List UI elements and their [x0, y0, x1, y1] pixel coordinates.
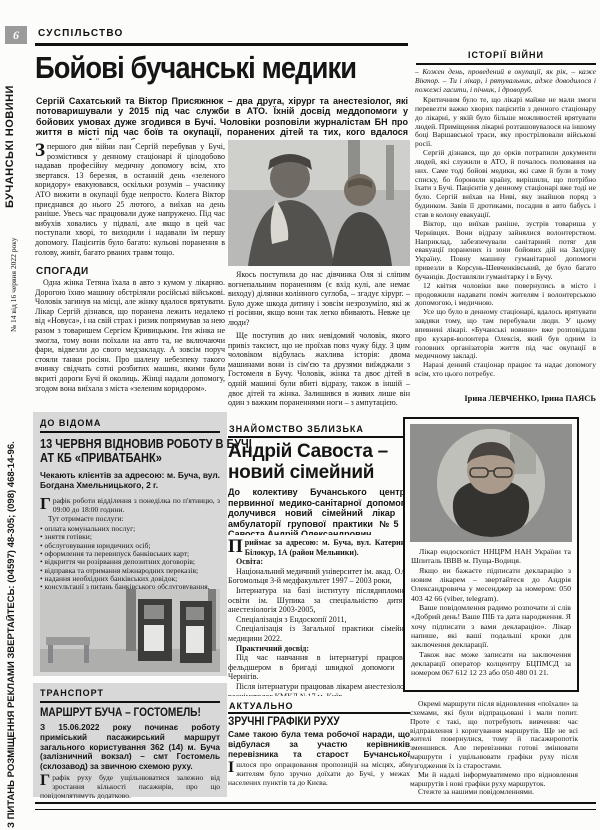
war-quote: – Кожен день, проведений в окупації, як …	[415, 68, 596, 95]
actual-lede: Саме такою була тема робочої наради, що …	[228, 730, 410, 758]
war-column-body: Критичним було те, що лікарі майже не ма…	[415, 96, 596, 392]
paragraph-text: першого дня війни пан Сергій перебував у…	[35, 142, 225, 257]
paragraph-text: Усе що було в денному стаціонарі, вдалос…	[415, 308, 596, 361]
paragraph-text: Спеціалізація з Ендоскопії 2011,	[228, 615, 410, 625]
main-lede: Сергій Сахатський та Віктор Присяжнюк – …	[36, 96, 408, 140]
kicker-do-vidoma: ДО ВІДОМА	[33, 412, 227, 428]
paragraph-text: Спеціалізація із Загальної практики сіме…	[228, 624, 410, 643]
paragraph-text: Сергій дізнався, що до орків потрапили д…	[415, 149, 596, 220]
spine-issue-info: № 14 від 16 червня 2022 року	[9, 210, 19, 332]
dropcap: І	[228, 760, 236, 774]
atm-photo	[40, 589, 220, 672]
transport-rule	[40, 701, 220, 703]
paragraph-text: Лікар ендоскопіст ННЦРМ НАН України та Ш…	[411, 547, 571, 566]
paragraph-text: шлося про опрацювання пропозицій на місц…	[228, 760, 410, 787]
paragraph-text: Якось поступила до нас дівчинка Оля зі с…	[228, 270, 410, 328]
privatbank-title-line2: АТ КБ «ПРИВАТБАНК»	[40, 451, 198, 465]
paragraph-text: Стежте за нашими повідомленнями.	[410, 788, 578, 796]
doctor-cv: Приймає за адресою: м. Буча, вул. Катери…	[228, 538, 410, 696]
article-paragraph-2: Одна жінка Тетяна їхала в авто з кумом у…	[35, 278, 225, 408]
section-kicker-society: СУСПІЛЬСТВО	[38, 28, 124, 39]
paragraph-text: Також вас може записати на заключення де…	[411, 650, 571, 678]
paragraph-text: Ще поступив до них невідомий чоловік, як…	[228, 331, 410, 408]
paragraph-text: Ми й надалі інформуватимемо про відновле…	[410, 771, 578, 789]
spine-ad-contact: З ПИТАНЬ РОЗМІЩЕННЯ РЕКЛАМИ ЗВЕРТАЙТЕСЬ:…	[6, 346, 19, 828]
paragraph-text: Віктор, що виїхав раніше, зустрів товари…	[415, 220, 596, 282]
subhead-memories: СПОГАДИ	[36, 266, 89, 277]
paragraph-text: 12 квітня чоловіки вже повернулись в міс…	[415, 282, 596, 309]
paragraph-text: Наразі денний стаціонар працює та надає …	[415, 361, 596, 379]
article-paragraph-1: Зпершого дня війни пан Сергій перебував …	[35, 142, 225, 264]
paragraph-text: Якщо ви бажаєте підписати декларацію з н…	[411, 566, 571, 603]
doctor-lede: До колективу Бучанського центру первинно…	[228, 487, 410, 535]
newspaper-page: 6 БУЧАНСЬКІ НОВИНИ № 14 від 16 червня 20…	[0, 0, 600, 830]
article-paragraph-3: Якось поступила до нас дівчинка Оля зі с…	[228, 270, 410, 330]
doctor-title: Андрій Савоста – новий сімейний лікар	[228, 441, 410, 484]
dropcap: П	[228, 538, 245, 554]
doctor-photo	[410, 424, 572, 542]
doctor-declaration-box: Лікар ендоскопіст ННЦРМ НАН України та Ш…	[403, 417, 579, 692]
dropcap: Г	[40, 773, 52, 787]
acquaintance-rule	[228, 436, 410, 438]
paragraph-text: рафік руху буде ущільнюватися залежно ві…	[40, 773, 220, 799]
services-list: оплата комунальних послуг; зняття готівк…	[40, 525, 220, 592]
page-number: 6	[5, 26, 27, 44]
kicker-transport: ТРАНСПОРТ	[33, 683, 227, 698]
transport-box: ТРАНСПОРТ МАРШРУТ БУЧА – ГОСТОМЕЛЬ! З 15…	[33, 683, 227, 797]
kicker-acquaintance: ЗНАЙОМСТВО ЗБЛИЗЬКА	[229, 424, 364, 434]
article-paragraph-4: Ще поступив до них невідомий чоловік, як…	[228, 331, 410, 413]
dropcap: З	[35, 142, 47, 158]
paragraph-text: Критичним було те, що лікарі майже не ма…	[415, 96, 596, 149]
paragraph-text: риймає за адресою: м. Буча, вул. Катерин…	[245, 538, 410, 557]
paragraph-text: Під час навчання в інтернатурі працював …	[228, 653, 410, 682]
routes-continuation: Окремі маршрути після відновлення «поїха…	[410, 700, 578, 796]
paragraph-text: Інтернатура на базі інституту післядипло…	[228, 586, 410, 615]
bottom-double-rule	[35, 802, 596, 810]
experience-label: Практичний досвід:	[228, 644, 410, 654]
do-vidoma-box: ДО ВІДОМА 13 ЧЕРВНЯ ВІДНОВИВ РОБОТУ В БУ…	[33, 412, 227, 676]
paragraph-text: Окремі маршрути після відновлення «поїха…	[410, 700, 578, 771]
services-intro: Тут отримаєте послуги:	[40, 514, 220, 523]
spine-masthead: БУЧАНСЬКІ НОВИНИ	[4, 60, 20, 208]
transport-lede: З 15.06.2022 року починає роботу примісь…	[40, 723, 220, 771]
actual-body: Ішлося про опрацювання пропозицій на міс…	[228, 760, 410, 796]
privatbank-body: Графік роботи відділення з понеділка по …	[40, 496, 220, 592]
paragraph-text: рафік роботи відділення з понеділка по п…	[53, 496, 220, 514]
paragraph-text: Одна жінка Тетяна їхала в авто з кумом у…	[35, 278, 225, 393]
society-rule	[35, 43, 408, 46]
actual-rule	[228, 712, 410, 714]
kicker-actual: АКТУАЛЬНО	[229, 701, 294, 711]
doctor-contact-text: Лікар ендоскопіст ННЦРМ НАН України та Ш…	[411, 547, 571, 685]
main-headline: Бойові бучанські медики	[35, 50, 405, 86]
medics-photo	[228, 140, 410, 266]
paragraph-text: – Кожен день, проведений в окупації, як …	[415, 68, 596, 95]
actual-title: ЗРУЧНІ ГРАФІКИ РУХУ	[228, 716, 340, 729]
paragraph-text: Після інтернатури працював лікарем анест…	[228, 682, 410, 696]
education-label: Освіта:	[228, 557, 410, 567]
privatbank-title-line1: 13 ЧЕРВНЯ ВІДНОВИВ РОБОТУ В БУЧІ	[40, 437, 198, 451]
transport-title: МАРШРУТ БУЧА – ГОСТОМЕЛЬ!	[40, 707, 205, 720]
dropcap: Г	[40, 496, 53, 510]
paragraph-text: Ваше повідомлення радимо розпочати зі сл…	[411, 603, 571, 650]
paragraph-text: Національний медичний університет ім. ак…	[228, 567, 410, 586]
privatbank-lede: Чекають клієнтів за адресою: м. Буча, ву…	[40, 471, 220, 492]
transport-body: Графік руху буде ущільнюватися залежно в…	[40, 773, 220, 799]
byline: Ірина ЛЕВЧЕНКО, Ірина ПАЯСЬ	[415, 393, 596, 403]
